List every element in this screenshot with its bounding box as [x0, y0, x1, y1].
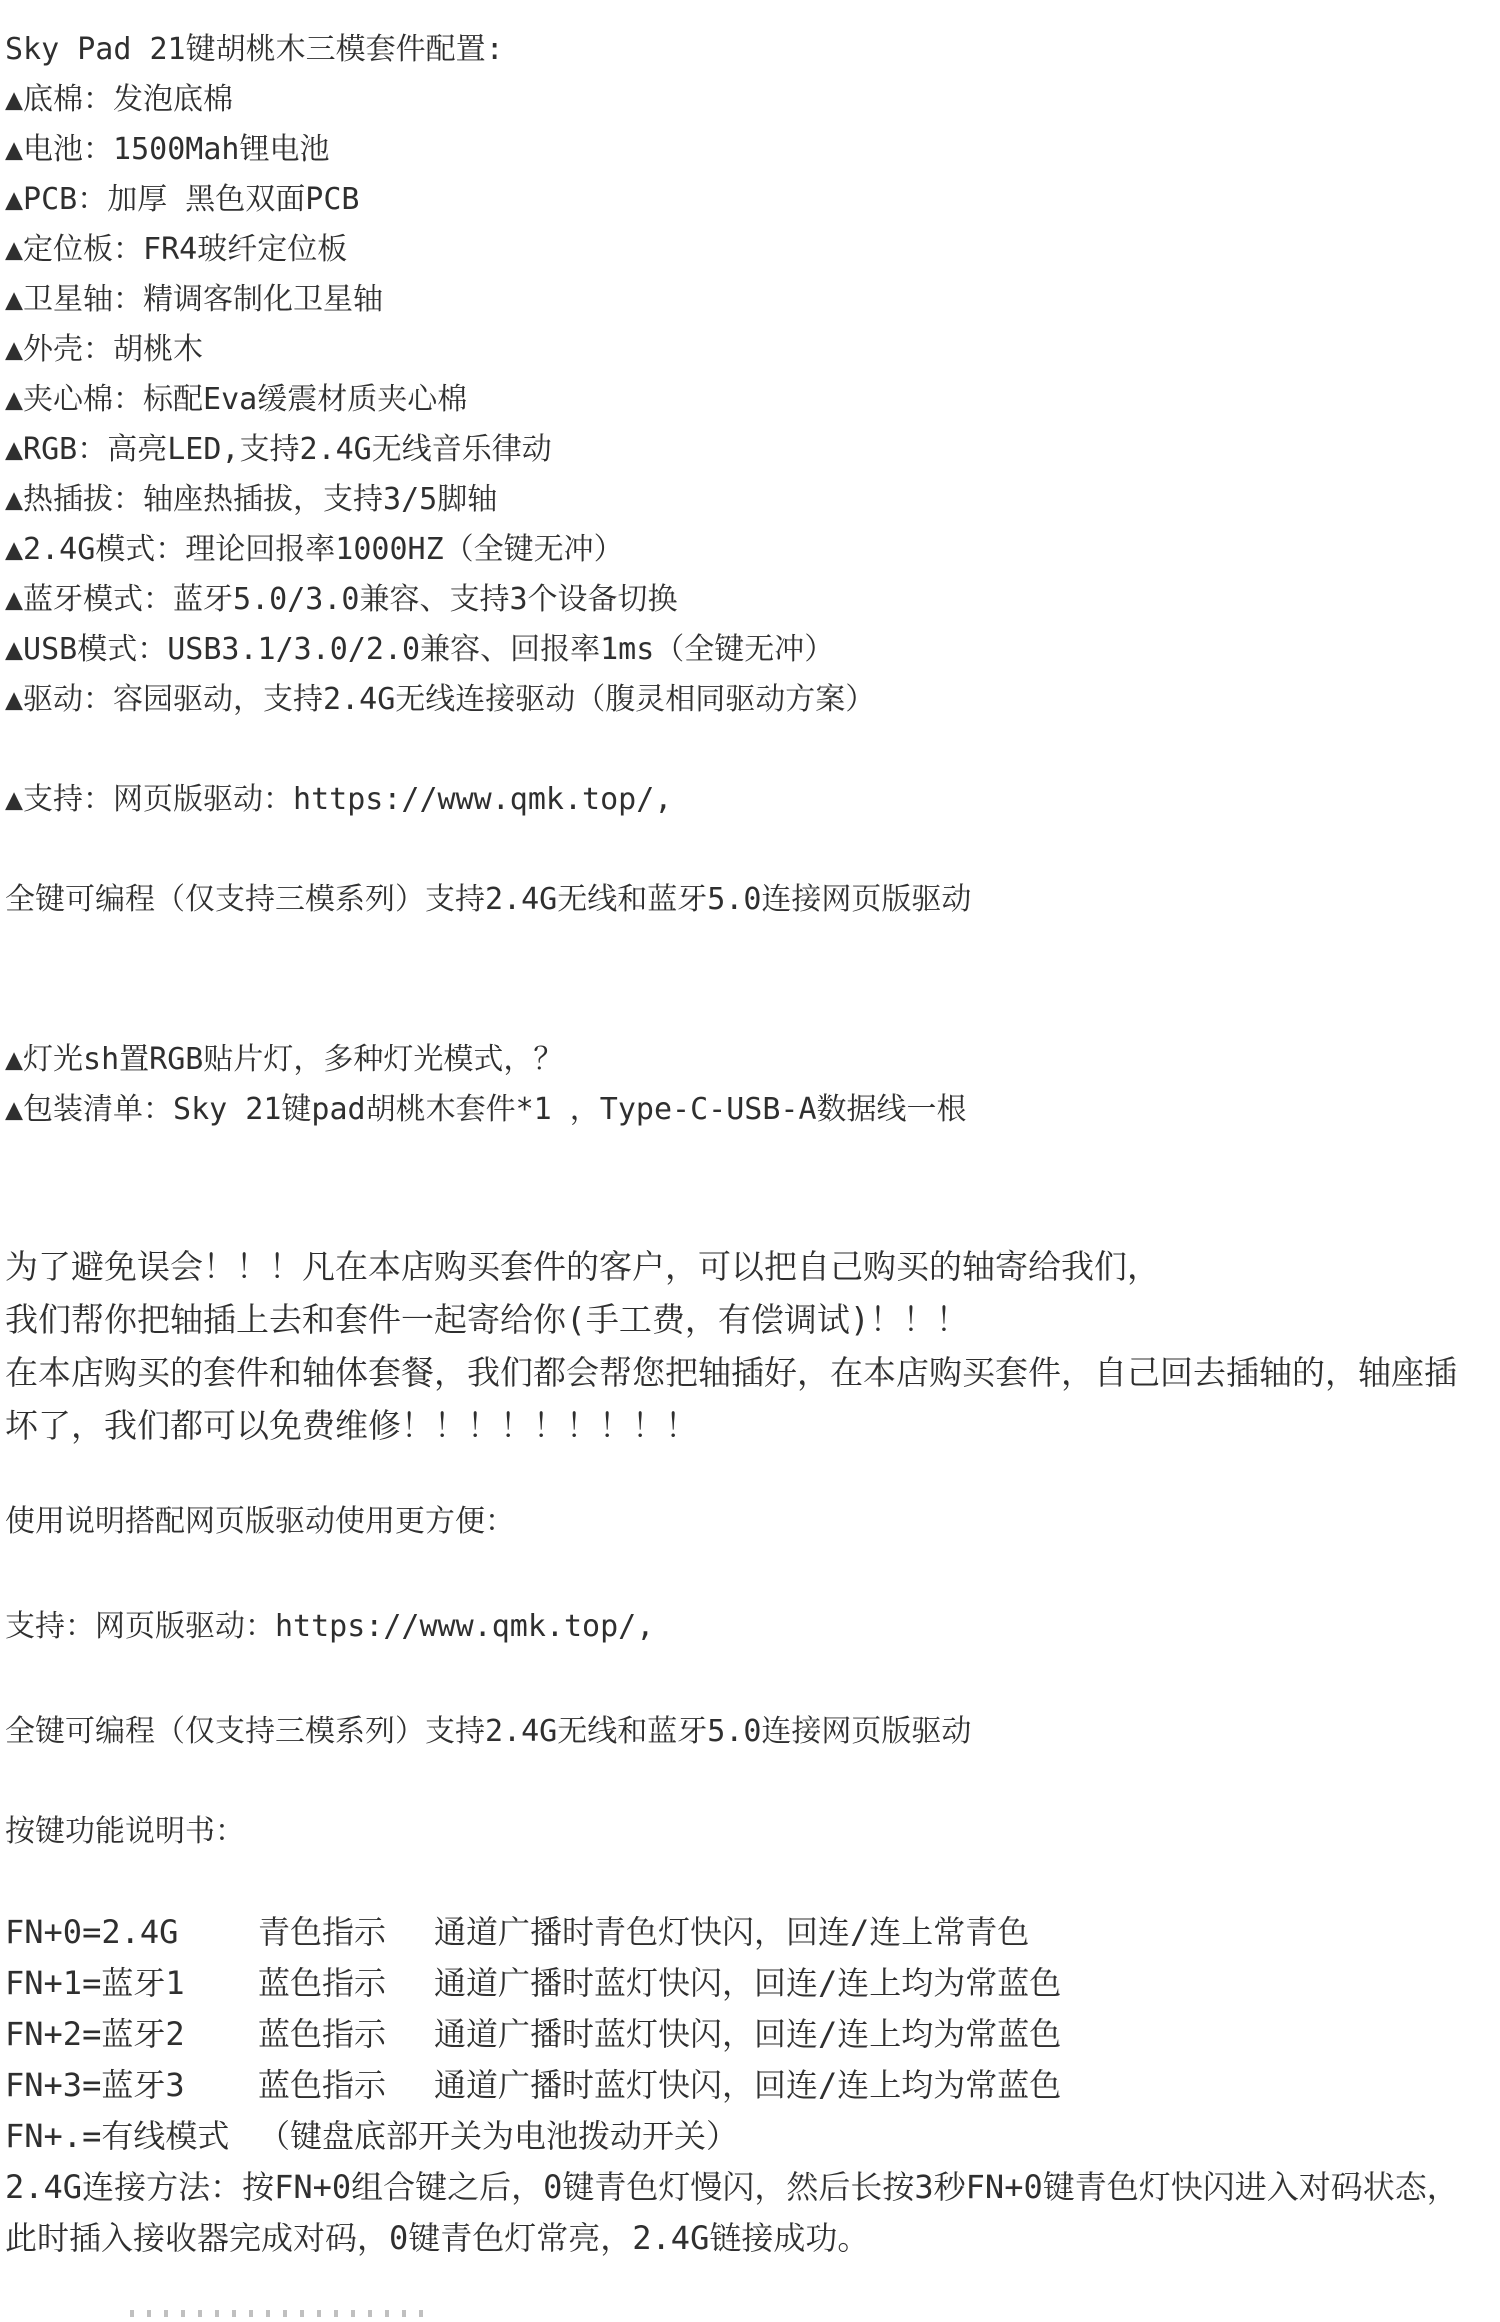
- fn-description: 通道广播时青色灯快闪，回连/连上常青色: [434, 1907, 1500, 1958]
- fn-key-combo: FN+0=2.4G: [5, 1907, 258, 1958]
- page-title: Sky Pad 21键胡桃木三模套件配置:: [5, 25, 1500, 75]
- fn-indicator: 蓝色指示: [258, 2009, 434, 2060]
- spec-line: ▲2.4G模式：理论回报率1000HZ（全键无冲）: [5, 525, 1500, 575]
- fn-key-row: FN+0=2.4G青色指示通道广播时青色灯快闪，回连/连上常青色: [5, 1907, 1500, 1958]
- spacer: [5, 1452, 1500, 1497]
- notice-line: 为了避免误会！！！凡在本店购买套件的客户，可以把自己购买的轴寄给我们，: [5, 1240, 1500, 1293]
- fn-key-row: FN+2=蓝牙2蓝色指示通道广播时蓝灯快闪，回连/连上均为常蓝色: [5, 2009, 1500, 2060]
- fn-key-row: FN+.=有线模式（键盘底部开关为电池拨动开关）: [5, 2111, 1500, 2162]
- fn-description: 通道广播时蓝灯快闪，回连/连上均为常蓝色: [434, 2060, 1500, 2111]
- fn-indicator: 蓝色指示: [258, 1958, 434, 2009]
- spec-line: ▲卫星轴：精调客制化卫星轴: [5, 275, 1500, 325]
- pairing-line: 2.4G连接方法：按FN+0组合键之后，0键青色灯慢闪，然后长按3秒FN+0键青…: [5, 2162, 1500, 2213]
- fn-key-table: FN+0=2.4G青色指示通道广播时青色灯快闪，回连/连上常青色FN+1=蓝牙1…: [5, 1907, 1500, 2162]
- fn-key-row: FN+1=蓝牙1蓝色指示通道广播时蓝灯快闪，回连/连上均为常蓝色: [5, 1958, 1500, 2009]
- fn-key-combo: FN+3=蓝牙3: [5, 2060, 258, 2111]
- notice-line: 我们帮你把轴插上去和套件一起寄给你(手工费，有偿调试)！！！: [5, 1293, 1500, 1346]
- fn-description: 通道广播时蓝灯快闪，回连/连上均为常蓝色: [434, 2009, 1500, 2060]
- spec-line: ▲定位板：FR4玻纤定位板: [5, 225, 1500, 275]
- spec-list: ▲底棉：发泡底棉▲电池：1500Mah锂电池▲PCB：加厚 黑色双面PCB▲定位…: [5, 75, 1500, 725]
- spacer: [5, 925, 1500, 1035]
- notice-line: 坏了，我们都可以免费维修！！！！！！！！！: [5, 1399, 1500, 1452]
- spec-line: ▲外壳：胡桃木: [5, 325, 1500, 375]
- usage-support-line: 支持：网页版驱动：https://www.qmk.top/,: [5, 1602, 1500, 1652]
- fn-description: 通道广播时蓝灯快闪，回连/连上均为常蓝色: [434, 1958, 1500, 2009]
- spec-line: ▲PCB：加厚 黑色双面PCB: [5, 175, 1500, 225]
- usage-programmable-line: 全键可编程（仅支持三模系列）支持2.4G无线和蓝牙5.0连接网页版驱动: [5, 1707, 1500, 1757]
- fn-key-row: FN+3=蓝牙3蓝色指示通道广播时蓝灯快闪，回连/连上均为常蓝色: [5, 2060, 1500, 2111]
- fn-indicator: 蓝色指示: [258, 2060, 434, 2111]
- programmable-line: 全键可编程（仅支持三模系列）支持2.4G无线和蓝牙5.0连接网页版驱动: [5, 875, 1500, 925]
- store-notice-paragraph: 为了避免误会！！！凡在本店购买套件的客户，可以把自己购买的轴寄给我们，我们帮你把…: [5, 1240, 1500, 1452]
- support-driver-line: ▲支持：网页版驱动：https://www.qmk.top/,: [5, 775, 1500, 825]
- spec-line: ▲电池：1500Mah锂电池: [5, 125, 1500, 175]
- spacer: [5, 1857, 1500, 1907]
- fn-indicator: 青色指示: [258, 1907, 434, 1958]
- spec-line: ▲蓝牙模式：蓝牙5.0/3.0兼容、支持3个设备切换: [5, 575, 1500, 625]
- fn-manual-title: 按键功能说明书：: [5, 1807, 1500, 1857]
- fn-indicator: （键盘底部开关为电池拨动开关）: [258, 2111, 738, 2162]
- spec-line: ▲RGB：高亮LED,支持2.4G无线音乐律动: [5, 425, 1500, 475]
- pairing-instructions: 2.4G连接方法：按FN+0组合键之后，0键青色灯慢闪，然后长按3秒FN+0键青…: [5, 2162, 1500, 2264]
- spacer: [5, 1757, 1500, 1807]
- spacer: [5, 1652, 1500, 1707]
- spec-line: ▲驱动：容园驱动，支持2.4G无线连接驱动（腹灵相同驱动方案）: [5, 675, 1500, 725]
- cutoff-text-top-edge: [130, 2310, 426, 2317]
- spec-line: ▲热插拔：轴座热插拔，支持3/5脚轴: [5, 475, 1500, 525]
- spacer: [5, 725, 1500, 775]
- spec-line: ▲底棉：发泡底棉: [5, 75, 1500, 125]
- notice-line: 在本店购买的套件和轴体套餐，我们都会帮您把轴插好，在本店购买套件，自己回去插轴的…: [5, 1346, 1500, 1399]
- product-description-document: Sky Pad 21键胡桃木三模套件配置: ▲底棉：发泡底棉▲电池：1500Ma…: [0, 0, 1500, 2322]
- package-list-line: ▲包装清单：Sky 21键pad胡桃木套件*1 ，Type-C-USB-A数据线…: [5, 1085, 1500, 1135]
- spec-line: ▲夹心棉：标配Eva缓震材质夹心棉: [5, 375, 1500, 425]
- pairing-line: 此时插入接收器完成对码，0键青色灯常亮，2.4G链接成功。: [5, 2213, 1500, 2264]
- spacer: [5, 1135, 1500, 1240]
- spacer: [5, 2264, 1500, 2308]
- fn-key-combo: FN+1=蓝牙1: [5, 1958, 258, 2009]
- light-line: ▲灯光sh置RGB贴片灯，多种灯光模式，？: [5, 1035, 1500, 1085]
- fn-key-combo: FN+2=蓝牙2: [5, 2009, 258, 2060]
- usage-title-line: 使用说明搭配网页版驱动使用更方便：: [5, 1497, 1500, 1547]
- spacer: [5, 1547, 1500, 1602]
- spec-line: ▲USB模式：USB3.1/3.0/2.0兼容、回报率1ms（全键无冲）: [5, 625, 1500, 675]
- spacer: [5, 825, 1500, 875]
- fn-key-combo: FN+.=有线模式: [5, 2111, 258, 2162]
